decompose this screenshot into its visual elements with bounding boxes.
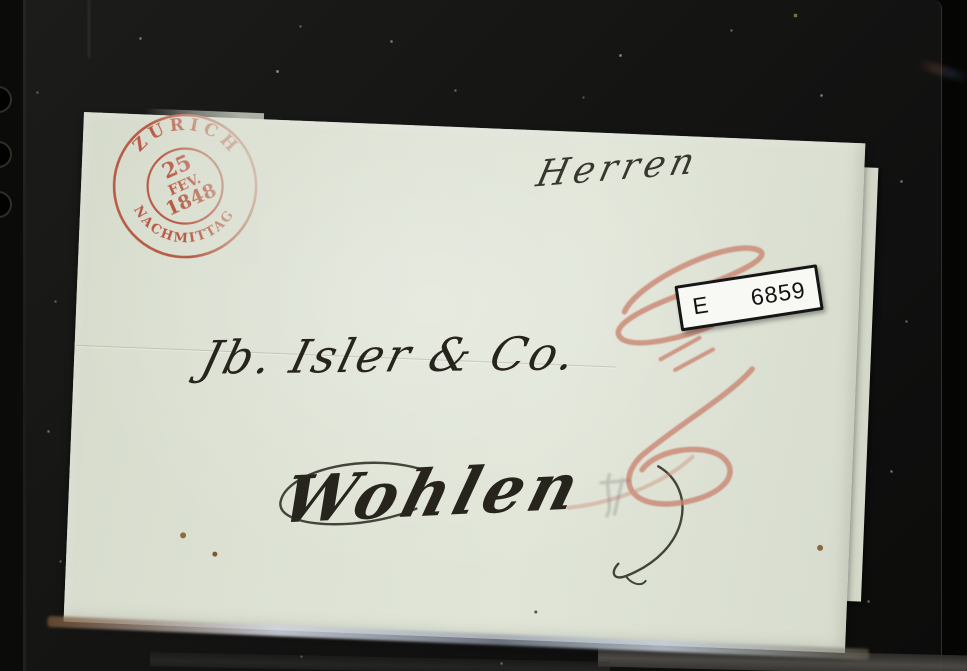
postmark-fade [106, 107, 264, 265]
label-prefix: E [691, 291, 710, 320]
card-edge-highlight [88, 0, 90, 58]
dust-specks [0, 0, 1, 1]
destination-line: Wohlen [274, 449, 592, 539]
foxing-spot [534, 610, 537, 613]
label-number: 6859 [749, 276, 808, 311]
photo-stage: ZÜRICH NACHMITTAG 25 FEV. 1848 Herren Jb… [0, 0, 967, 671]
addressee-line: Jb. Isler & Co. [196, 326, 585, 385]
folded-letter: ZÜRICH NACHMITTAG 25 FEV. 1848 Herren Jb… [64, 112, 866, 653]
